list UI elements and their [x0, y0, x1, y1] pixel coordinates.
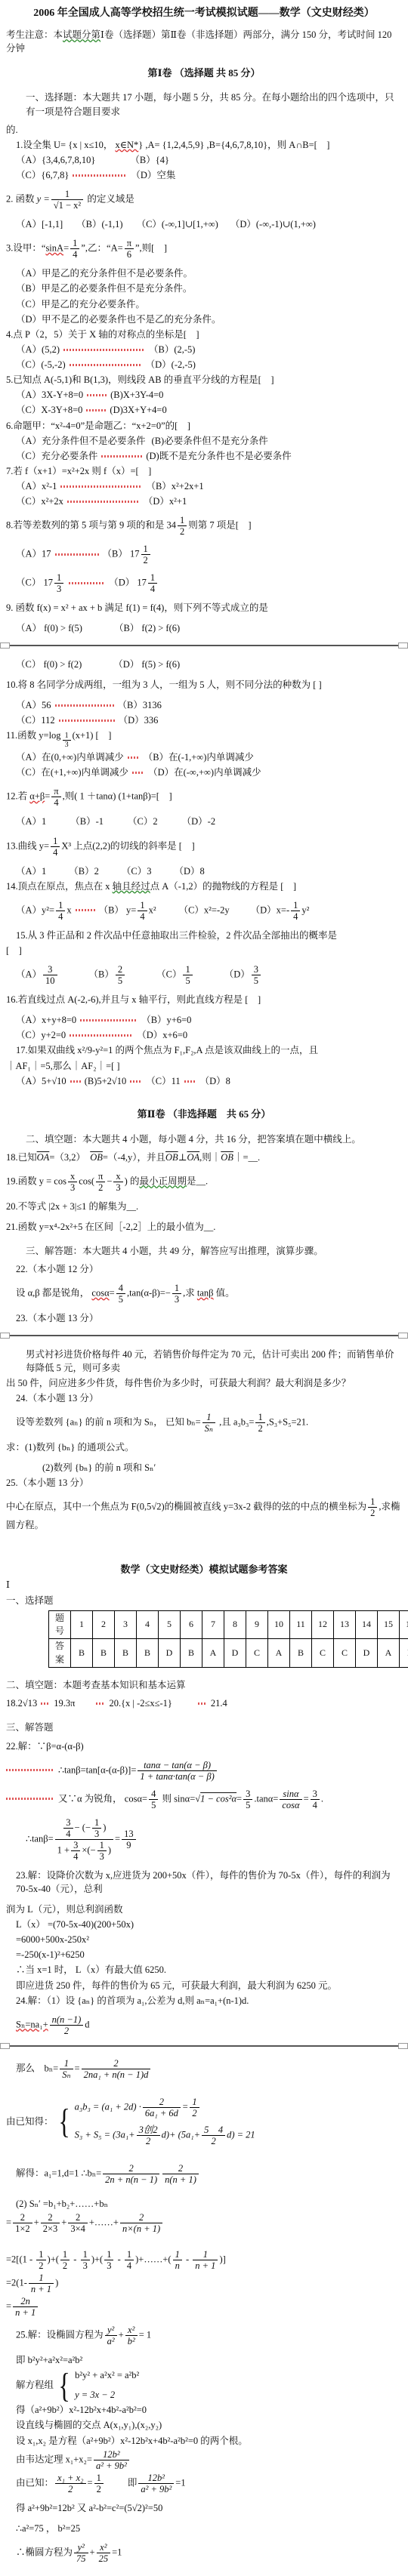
system-equations: a₃b₃ = (a₁ + 2d) ·26a₁ + 6d=12S₃ + S₅ = …	[75, 2097, 255, 2146]
s24-math: d)+ (5a₁+	[162, 2129, 200, 2140]
q4-options-row1: （A）(5,2)（B）(2,-5)	[6, 343, 402, 356]
numerator: π	[96, 1171, 105, 1182]
denominator: 2	[368, 1508, 377, 1518]
q5-option-a: （A）3X-Y+8=0	[16, 390, 83, 400]
page-break-divider	[0, 1335, 408, 1339]
numerator: 1	[92, 1817, 101, 1829]
answer-table-answer-letter: C	[334, 1639, 356, 1668]
denominator: 2	[94, 2484, 104, 2494]
q22-text: ,求	[183, 1288, 197, 1299]
s24-text: -	[115, 2254, 122, 2264]
q11-option-b: （B）在(-1,+∞)内单调减少	[144, 752, 254, 763]
s23-line4: =6000+500x-250x²	[6, 1933, 402, 1946]
answer-table-question-number: 3	[115, 1610, 137, 1639]
squiggle-underline	[96, 1702, 105, 1705]
fraction: y²a²	[105, 2325, 117, 2346]
fraction: 14	[148, 572, 157, 594]
denominator: 2	[190, 2108, 199, 2118]
squiggle-underline	[132, 772, 144, 774]
q24-text: ,S₃+S₅=21.	[267, 1416, 308, 1427]
denominator: 5	[183, 975, 192, 986]
q5-options-row2: （C）X-3Y+8=0(D)3X+Y+4=0	[6, 403, 402, 417]
numerator: 2	[120, 2212, 162, 2223]
fraction: x3	[113, 1171, 122, 1193]
q18-text: ,则｜	[199, 1152, 221, 1163]
s22-math: − (−	[75, 1822, 91, 1832]
denominator: a²	[105, 2336, 117, 2346]
part2-heading: 第Ⅱ卷 （非选择题 共 65 分）	[6, 1108, 402, 1122]
denominator: 3	[92, 1829, 101, 1839]
q1-option-a: （A）{3,4,6,7,8,10}	[16, 155, 95, 165]
denominator: n + 1	[13, 2307, 38, 2318]
s25-line10: ∴a²=75 ， b²=25	[6, 2522, 402, 2535]
q22-text: 设 α,β 都是锐角，	[16, 1288, 91, 1299]
answer-table-question-number: 13	[334, 1610, 356, 1639]
q24-ask1: 求：(1)数列 {bₙ} 的通项公式。	[6, 1441, 402, 1454]
q2-option-d: （D）(-∞,-1)∪(1,+∞)	[230, 219, 316, 230]
q16-stem: 16.若直线过点 A(-2,-6),并且与 x 轴平行，则此直线方程是 [ ]	[6, 993, 402, 1006]
q22-text-marked: cosα	[91, 1288, 109, 1299]
s24-line2: Sₙ=na₁+n(n −1)2d	[6, 2014, 402, 2036]
answer-table-header-numbers: 题号	[49, 1610, 71, 1639]
numerator: 1	[141, 544, 150, 555]
denominator: 4	[138, 911, 147, 922]
q17-stem-line1: 17.如果双曲线 x²/9-y²=1 的两个焦点为 F₁,F₂,A 点是该双曲线…	[6, 1043, 402, 1057]
q18-text: 18.已知	[6, 1152, 37, 1163]
q11-text: (x+1) [ ]	[73, 730, 112, 741]
squiggle-underline	[6, 1798, 54, 1800]
numerator: 1	[125, 2249, 134, 2260]
answer-table-question-number: 16	[400, 1610, 408, 1639]
q14-option-b: x²	[149, 904, 156, 915]
s24-line10: =2nn + 1	[6, 2296, 402, 2318]
q13-option-b: （B）2	[69, 866, 99, 877]
answer-table-question-number: 2	[93, 1610, 115, 1639]
denominator: 4	[148, 584, 157, 594]
q16-option-c: （C）y+2=0	[16, 1030, 66, 1040]
denominator: n(n + 1)	[162, 2174, 199, 2185]
q13-option-c: （C）3	[122, 866, 152, 877]
q3-option-d: （D）甲不是乙的必要条件也不是乙的充分条件。	[6, 313, 402, 326]
fraction: 15	[183, 964, 192, 986]
fraction: 14	[70, 238, 79, 260]
q8-options-row2: （C） 1713（D） 1714	[6, 572, 402, 594]
s25-line6: 设 x₁,x₂ 是方程（a²+9b²）x²-12b²x+4b²-a²b²=0 的…	[6, 2434, 402, 2448]
denominator: 4	[291, 911, 300, 922]
blank-answer-20: 20.{x | -2≤x≤-1}	[109, 1698, 172, 1709]
q1-options-row1: （A）{3,4,6,7,8,10}（B）{4}	[6, 153, 402, 167]
radicand: 1 − cos²α	[200, 1793, 236, 1804]
denominator: 2	[255, 1423, 264, 1434]
denominator: 1 +34×(−13)	[55, 1840, 113, 1862]
s24-line6: (2) Sₙ′ =b₁+b₂+……+bₙ	[6, 2197, 402, 2211]
s22-math: 1 +	[57, 1844, 70, 1855]
q22-text-marked: tanβ	[197, 1288, 214, 1299]
q14-option-a: x	[66, 904, 71, 915]
q23-body-line2: 出 50 件，问应进多少件货，每件售价为多少时，可获最大利润？最大利润是多少？	[6, 1376, 402, 1390]
s24-text: =	[6, 2217, 11, 2227]
q7-option-c: （C）x²+2x	[16, 496, 63, 507]
s25-text: 即	[128, 2477, 138, 2488]
fraction: 14	[56, 900, 65, 922]
fraction: 139	[122, 1829, 136, 1850]
denominator: 9	[122, 1840, 136, 1850]
fraction: 34	[63, 1817, 73, 1839]
q16-option-b: （B）y+6=0	[141, 1015, 191, 1025]
s22-text: 又∵α 为锐角， cosα=	[58, 1793, 147, 1804]
fraction: 5 42	[202, 2125, 225, 2146]
s24-text: +……+	[89, 2217, 119, 2227]
fraction: 1n + 1	[29, 2272, 54, 2294]
perpendicular-symbol: ⊥	[178, 1152, 187, 1163]
q2-option-b: （B）(-1,1)	[76, 219, 122, 230]
numerator: x₁ + x₂	[55, 2473, 85, 2484]
numerator: 1	[36, 2249, 45, 2260]
blank-answer-19: 19.3π	[54, 1698, 75, 1709]
q5-options-row1: （A）3X-Y+8=0(B)X+3Y-4=0	[6, 388, 402, 402]
answer-table-answer-letter: B	[400, 1639, 408, 1668]
q25-stem: 中心在原点，其中一个焦点为 F(0,5√2)的椭圆被直线 y=3x-2 截得的弦…	[6, 1496, 402, 1532]
s25-line9: 得 a²+9b²=12b² 又 a²-b²=c²=(5√2)²=50	[6, 2501, 402, 2515]
numerator: 1	[54, 572, 63, 584]
s23-line2: 润为 L（元），则总利润函数	[6, 1903, 402, 1916]
blank-answers: 18.2√1319.3π20.{x | -2≤x≤-1}21.4	[6, 1696, 402, 1710]
answer-table-answer-letter: B	[115, 1639, 137, 1668]
denominator: 4	[63, 1829, 73, 1839]
s24-text: )+……+(	[135, 2254, 171, 2264]
q10-options-row2: （C）112（D）336	[6, 713, 402, 727]
q6-option-d: (D)既不是充分条件也不是必要条件	[146, 451, 291, 461]
numerator: 1	[255, 1412, 264, 1423]
page-break-divider	[0, 2045, 408, 2049]
numerator: 1	[51, 189, 83, 200]
q1-text: } ,A= {1,2,4,5,9} ,B={4,6,7,8,10}，则 A∩B=…	[138, 140, 329, 150]
system-eq1: b²y² + a²x² = a²b²	[75, 2368, 139, 2382]
s24-math: a₃b₃ = (a₁ + 2d) ·	[75, 2101, 141, 2112]
fraction: x²25	[97, 2542, 111, 2564]
fraction: 25	[116, 964, 125, 986]
q4-stem: 4.点 P（2，5）关于 X 轴的对称点的坐标是[ ]	[6, 328, 402, 341]
q9-option-d: （D） f(5) > f(6)	[113, 659, 180, 670]
numerator: 3创2	[137, 2125, 160, 2136]
system-eq2: y = 3x − 2	[75, 2388, 139, 2402]
q2-text: 2. 函数	[6, 194, 37, 205]
squiggle-underline	[67, 501, 140, 503]
q1-options-row2: （C）{6,7,8}（D）空集	[6, 168, 402, 182]
s25-line2: 即 b²y²+a²x²=a²b²	[6, 2353, 402, 2367]
system-eq1: a₃b₃ = (a₁ + 2d) ·26a₁ + 6d=12	[75, 2097, 255, 2118]
s24-line8: =2[(1 - 12)+(12 - 13)+(13 - 14)+……+(1n -…	[6, 2249, 402, 2271]
answer-table-answer-letter: D	[224, 1639, 246, 1668]
numerator: 2	[162, 2163, 199, 2174]
q14-option-d: y²	[301, 904, 309, 915]
denominator: 2	[178, 526, 187, 537]
fraction: 13	[63, 732, 71, 749]
fraction: 23×4	[68, 2212, 88, 2234]
s25-text: +	[119, 2329, 124, 2340]
answer-table-question-number: 11	[290, 1610, 312, 1639]
s24-text: 解得：a₁=1,d=1 ∴bₙ=	[16, 2168, 101, 2178]
q25-text: 中心在原点，其中一个焦点为 F(0,5√2)的椭圆被直线 y=3x-2 截得的弦…	[6, 1502, 366, 1512]
q11-option-a: （A）在(0,+∞)内单调减少	[16, 752, 124, 763]
q22-text: =	[110, 1288, 115, 1299]
fraction: 12	[36, 2249, 45, 2271]
q23-title: 23.（本小题 13 分）	[6, 1311, 402, 1325]
q7-stem: 7.若 f（x+1）=x²+2x 则 f（x）=[ ]	[6, 464, 402, 478]
numerator: 12b²	[94, 2449, 129, 2460]
fraction: 12b²a² + 9b²	[94, 2449, 129, 2471]
q24-stem: 设等差数列 {aₙ} 的前 n 项和为 Sₙ， 已知 bₙ=1Sₙ ,且 a₃b…	[6, 1412, 402, 1434]
q1-text: 1.设全集 U= {x | x≤10，	[16, 140, 115, 150]
q2-option-c: （C）(-∞,1]∪[1,+∞)	[137, 219, 218, 230]
squiggle-underline	[101, 455, 142, 458]
q9-option-b: （B） f(2) > f(6)	[114, 623, 180, 633]
q21-stem: 21.函数 y=x⁴-2x²+5 在区间［-2,2］上的最小值为__.	[6, 1220, 402, 1234]
numerator: 1	[138, 900, 147, 911]
squiggle-underline	[128, 756, 140, 759]
s23-line6: ∴当 x=1 时， L（x）有最大值 6250.	[6, 1963, 402, 1977]
q9-options-row2: （C） f(0) > f(2)（D） f(5) > f(6)	[6, 658, 402, 671]
s25-text: =1	[112, 2547, 122, 2557]
exam-notice: 考生注意：本试题分第Ⅰ卷（选择题）第Ⅱ卷（非选择题）两部分，满分 150 分，考…	[6, 28, 402, 55]
fraction: π4	[51, 786, 60, 808]
answer-table-row-letters: 答案BBBBDBADCABCCDABC	[49, 1639, 408, 1668]
notice-text-marked: 试题分第	[63, 29, 100, 40]
answer-table-question-number: 10	[268, 1610, 290, 1639]
s22-text: .	[321, 1793, 323, 1804]
s24-text: +	[61, 2217, 66, 2227]
answer-table-answer-letter: A	[268, 1639, 290, 1668]
q3-option-b: （B）甲是乙的必要条件但不是充分条件。	[6, 282, 402, 295]
fraction: 34	[311, 1789, 320, 1810]
q17-stem-line2: ｜AF₁｜=5,那么｜AF₂｜=[ ]	[6, 1059, 402, 1073]
q19-text: cos(	[79, 1176, 94, 1186]
notice-text: 考生注意：本	[6, 29, 63, 40]
denominator: Sₙ	[202, 1423, 215, 1434]
q5-option-b: (B)X+3Y-4=0	[110, 390, 163, 400]
fraction: 14	[125, 2249, 134, 2271]
s25-text: 25.解：设椭圆方程为	[16, 2329, 104, 2340]
denominator: 3	[54, 584, 63, 594]
s23-line1: 23.解：设降价次数为 x,应进货为 200+50x（件），每件的售价为 70-…	[6, 1869, 402, 1896]
numerator: 1	[190, 2097, 199, 2108]
fraction: 12	[255, 1412, 264, 1434]
denominator: 6	[125, 249, 134, 260]
q14-stem: 14.顶点在原点，焦点在 x 轴且经过点 A（-1,2）的抛物线的方程是 [ ]	[6, 880, 402, 893]
s22-line2: ∴tanβ=tan[α-(α-β)]=tanα − tan(α − β)1 + …	[6, 1760, 402, 1782]
s23-line5: =-250(x-1)²+6250	[6, 1948, 402, 1961]
q24-ask2: (2)数列 {bₙ} 的前 n 项和 Sₙ′	[6, 1461, 402, 1474]
q7-option-b: （B）x²+2x+1	[146, 481, 203, 491]
numerator: π	[125, 238, 134, 249]
numerator: 1	[368, 1496, 377, 1508]
denominator: 2×3	[41, 2223, 60, 2234]
q12-options: （A）1（B）-1（C）2（D）-2	[6, 815, 402, 828]
fraction: 1√1 − x²	[51, 189, 83, 211]
q2-text: 的定义域是	[85, 194, 134, 205]
numerator: 2	[41, 2212, 60, 2223]
answer-table-question-number: 1	[71, 1610, 93, 1639]
q17-options: （A）5+√10(B)5+2√10（C）11（D）8	[6, 1074, 402, 1088]
vector-OA: OA	[187, 1152, 199, 1163]
q13-option-d: （D）8	[174, 866, 204, 877]
fraction: 13	[172, 1283, 181, 1305]
s25-text: 由已知：	[16, 2477, 54, 2488]
fraction: π2	[96, 1171, 105, 1193]
s22-math: )	[108, 1844, 111, 1855]
numerator: 3	[71, 1840, 80, 1851]
q5-option-d: (D)3X+Y+4=0	[110, 405, 166, 415]
fraction: 22n + n(n − 1)	[103, 2163, 159, 2185]
q17-option-c: （C）11	[146, 1076, 180, 1086]
numerator: 13	[122, 1829, 136, 1840]
s24-system: 由已知得：{a₃b₃ = (a₁ + 2d) ·26a₁ + 6d=12S₃ +…	[6, 2097, 402, 2146]
q12-option-c: （C）2	[128, 816, 158, 827]
numerator: 1	[178, 515, 187, 526]
q18-text: =（-4,y），并且	[103, 1152, 165, 1163]
q3-text: ”,则[ ]	[135, 243, 167, 254]
fraction: 14	[138, 900, 147, 922]
numerator: 3	[63, 1817, 73, 1829]
q4-option-d: （D）(-2,-5)	[146, 359, 196, 370]
denominator: 1 + tanα·tan(α − β)	[138, 1771, 216, 1782]
q16-options-row2: （C）y+2=0（D）x+6=0	[6, 1028, 402, 1042]
fraction: x²b²	[125, 2325, 138, 2346]
denominator: 5	[252, 975, 261, 986]
q16-option-a: （A）x+y+8=0	[16, 1015, 76, 1025]
numerator: π	[51, 786, 60, 797]
s24-math: =	[182, 2101, 188, 2112]
squiggle-underline	[60, 485, 142, 488]
q14-text-marked: 轴且经过	[113, 881, 150, 892]
complex-fraction: 34− (−13)1 +34×(−13)	[55, 1817, 113, 1862]
answer-table-question-number: 6	[181, 1610, 202, 1639]
q9-options-row1: （A） f(0) > f(5)（B） f(2) > f(6)	[6, 621, 402, 635]
denominator: 2na₁ + n(n − 1)d	[82, 2069, 151, 2080]
fraction: x₁ + x₂2	[55, 2473, 85, 2494]
answer-table-question-number: 15	[378, 1610, 400, 1639]
answer-table: 题号1234567891011121314151617 答案BBBBDBADCA…	[48, 1610, 408, 1669]
q2-option-a: （A）[-1,1]	[16, 219, 63, 230]
q8-options-row1: （A）17（B） 1712	[6, 544, 402, 565]
fraction: 1n + 1	[193, 2249, 218, 2271]
numerator: 4	[149, 1789, 158, 1800]
denominator: 4	[70, 249, 79, 260]
q15-option-a: （A）	[16, 969, 42, 979]
q22-text: 值。	[214, 1288, 235, 1299]
s22-line4: ∴tanβ=34− (−13)1 +34×(−13)=139	[6, 1817, 402, 1862]
vector-OB: OB	[165, 1152, 178, 1163]
denominator: 75	[74, 2553, 88, 2564]
s22-text: 则 sinα=	[159, 1793, 195, 1804]
fraction: sinαcosα	[280, 1789, 301, 1810]
s23-line7: 即应进货 250 件，每件的售价为 65 元，可获最大利润，最大利润为 6250…	[6, 1979, 402, 1992]
fraction: 14	[51, 836, 60, 858]
q25-title: 25.（本小题 13 分）	[6, 1476, 402, 1490]
denominator: n×(n + 1)	[120, 2223, 162, 2234]
q10-options-row1: （A）56（B）3136	[6, 698, 402, 712]
fraction: 2nn + 1	[13, 2296, 38, 2318]
answer-table-answer-letter: B	[290, 1639, 312, 1668]
numerator: 2	[68, 2212, 88, 2223]
numerator: 1	[173, 2249, 182, 2260]
squiggle-underline	[70, 1034, 133, 1037]
fraction: 13	[97, 1840, 107, 1862]
denominator: 3	[113, 1182, 122, 1193]
answers-roman-numeral: Ⅰ	[6, 1578, 402, 1592]
s24-math: S₃ + S₅ = (3a₁+	[75, 2129, 135, 2140]
numerator: 1	[70, 238, 79, 249]
denominator: n	[173, 2260, 182, 2271]
q2-stem: 2. 函数 y =1√1 − x² 的定义域是	[6, 189, 402, 211]
answer-table-header-letters: 答案	[49, 1639, 71, 1668]
answers-section1-heading: 一、选择题	[6, 1594, 402, 1607]
numerator: 3	[252, 964, 261, 975]
fraction: 22na₁ + n(n − 1)d	[82, 2058, 151, 2080]
denominator: 2	[55, 2484, 85, 2494]
q3-option-a: （A）甲是乙的充分条件但不是必要条件。	[6, 267, 402, 280]
q6-options-row2: （C）充分必要条件(D)既不是充分条件也不是必要条件	[6, 449, 402, 463]
denominator: 3	[104, 2260, 113, 2271]
answer-table-question-number: 7	[202, 1610, 224, 1639]
squiggle-underline	[70, 364, 142, 366]
s25-system: 解方程组{b²y² + a²x² = a²b²y = 3x − 2	[6, 2368, 402, 2402]
q18-text: =（3,2）	[49, 1152, 90, 1163]
fraction: 13	[81, 2249, 90, 2271]
answer-table-question-number: 12	[312, 1610, 334, 1639]
numerator: 1	[29, 2272, 54, 2284]
q8-text: 8.若等差数列的第 5 项与第 9 项的和是 34	[6, 520, 176, 531]
denominator: 5	[116, 1294, 125, 1305]
q1-text-marked: x∈N*	[115, 140, 138, 150]
s22-text: ∴tanβ=	[26, 1833, 54, 1844]
s25-text: =1	[175, 2477, 185, 2488]
q3-text-marked: sinA	[45, 243, 63, 254]
fraction: 12	[190, 2097, 199, 2118]
fraction: 12	[94, 2473, 104, 2494]
q7-option-a: （A）x²-1	[16, 481, 57, 491]
s24-text: =2[(1 -	[6, 2254, 35, 2264]
part1-heading: 第Ⅰ卷 （选择题 共 85 分）	[6, 66, 402, 81]
q2-math: y =	[37, 194, 50, 205]
q11-option-d: （D）在(-∞,+∞)内单调减少	[148, 767, 261, 778]
s25-line4: 得（a²+9b²）x²-12b²x+4b²-a²b²=0	[6, 2403, 402, 2417]
denominator: 1×2	[13, 2223, 32, 2234]
s22-text: =	[304, 1793, 309, 1804]
fraction: 12	[141, 544, 150, 565]
q15-stem-line1: 15.从 3 件正品和 2 件次品中任意抽取出三件检验，2 件次品全部抽出的概率…	[6, 929, 402, 942]
q10-option-b: （B）3136	[118, 700, 162, 710]
q22-stem: 设 α,β 都是锐角， cosα=45,tan(α-β)=−13,求 tanβ …	[6, 1283, 402, 1305]
s24-text: )	[55, 2277, 58, 2288]
fraction: 26a₁ + 6d	[143, 2097, 181, 2118]
fraction: 12	[178, 515, 187, 537]
system-brace: {	[58, 2106, 70, 2137]
q19-text: 是__.	[187, 1176, 208, 1186]
answer-table-answer-letter: B	[71, 1639, 93, 1668]
denominator: 2	[141, 555, 150, 565]
numerator: 1	[81, 2249, 90, 2260]
fraction: 14	[291, 900, 300, 922]
numerator: 1	[94, 2473, 104, 2484]
numerator: 2	[143, 2097, 181, 2108]
denominator: 4	[51, 847, 60, 858]
squiggle-underline	[55, 553, 99, 556]
s25-text: 由韦达定理 x₁+x₂=	[16, 2454, 92, 2464]
numerator: x²	[125, 2325, 138, 2336]
q19-text-marked: 最小正周期	[139, 1176, 187, 1186]
s22-math: ×(−	[82, 1844, 95, 1855]
